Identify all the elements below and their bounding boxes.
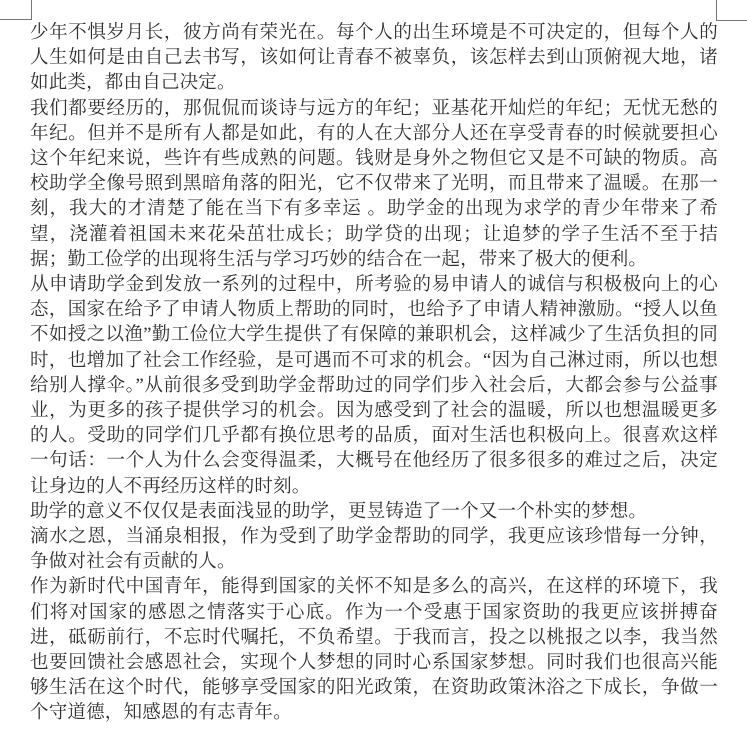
essay-paragraph-6: 作为新时代中国青年，能得到国家的关怀不知是多么的高兴，在这样的环境下，我们将对国…	[30, 575, 718, 726]
essay-paragraph-2: 我们都要经历的，那侃侃而谈诗与远方的年纪；亚基花开灿烂的年纪；无忧无愁的年纪。但…	[30, 97, 718, 273]
essay-paragraph-1: 少年不惧岁月长，彼方尚有荣光在。每个人的出生环境是不可决定的，但每个人的人生如何…	[30, 21, 718, 97]
document-page: 少年不惧岁月长，彼方尚有荣光在。每个人的出生环境是不可决定的，但每个人的人生如何…	[0, 0, 747, 735]
essay-text: 少年不惧岁月长，彼方尚有荣光在。每个人的出生环境是不可决定的，但每个人的人生如何…	[30, 21, 718, 727]
corner-mark-top-right-box	[716, 0, 747, 21]
corner-mark-top-left-box	[0, 0, 32, 20]
essay-paragraph-5: 滴水之恩，当涌泉相报，作为受到了助学金帮助的同学，我更应该珍惜每一分钟，争做对社…	[30, 525, 718, 575]
essay-paragraph-3: 从申请助学金到发放一系列的过程中，所考验的易申请人的诚信与积极极向上的心态，国家…	[30, 273, 718, 500]
essay-paragraph-4: 助学的意义不仅仅是表面浅显的助学，更昱铸造了一个又一个朴实的梦想。	[30, 500, 718, 525]
